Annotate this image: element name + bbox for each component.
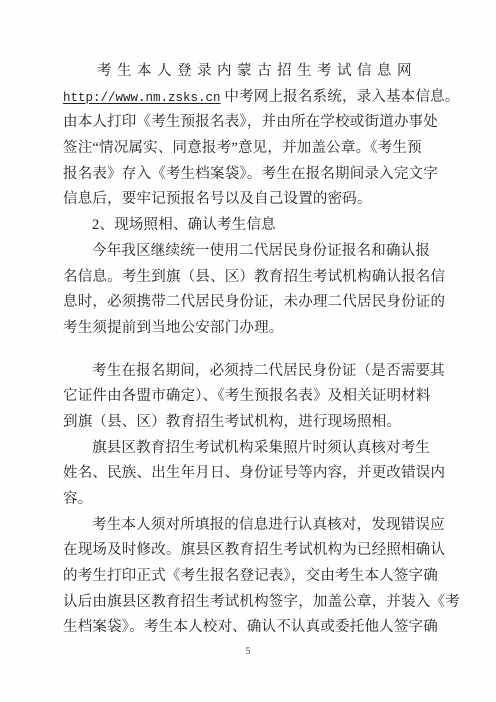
registration-url-link[interactable]: http://www.nm.zsks.cn (63, 91, 221, 105)
text-line: 报名表》存入《考生档案袋》。考生在报名期间录入完文字 (63, 162, 435, 188)
text-line: http://www.nm.zsks.cn 中考网上报名系统，录入基本信息。 (63, 85, 435, 111)
text-line: 在现场及时修改。旗县区教育招生考试机构为已经照相确认 (63, 538, 435, 564)
text-line: 的考生打印正式《考生报名登记表》，交由考生本人签字确 (63, 564, 435, 590)
page-number: 5 (0, 647, 496, 657)
text-line: 考生须提前到当地公安部门办理。 (63, 316, 435, 342)
document-page: 考生本人登录内蒙古招生考试信息网http://www.nm.zsks.cn 中考… (0, 0, 496, 702)
text-line: 生档案袋》。考生本人校对、确认不认真或委托他人签字确 (63, 615, 435, 641)
text-line: 息时，必须携带二代居民身份证，未办理二代居民身份证的 (63, 290, 435, 316)
text-line: 今年我区继续统一使用二代居民身份证报名和确认报 (63, 239, 435, 265)
text-line: 考生在报名期间，必须持二代居民身份证（是否需要其 (63, 359, 435, 385)
text-line: 姓名、民族、出生年月日、身份证号等内容，并更改错误内 (63, 461, 435, 487)
text-line: 名信息。考生到旗（县、区）教育招生考试机构确认报名信 (63, 265, 435, 291)
text-line: 签注“情况属实、同意报考”意见，并加盖公章。《考生预 (63, 136, 435, 162)
text-line: 2、现场照相、确认考生信息 (63, 213, 435, 239)
text-line: 由本人打印《考生预报名表》，并由所在学校或街道办事处 (63, 110, 435, 136)
text-line: 认后由旗县区教育招生考试机构签字，加盖公章，并装入《考 (63, 590, 435, 616)
text-line: 考生本人登录内蒙古招生考试信息网 (63, 59, 435, 85)
text-line: 它证件由各盟市确定）、《考生预报名表》及相关证明材料 (63, 384, 435, 410)
text-line: 容。 (63, 487, 435, 513)
text-line: 考生本人须对所填报的信息进行认真核对，发现错误应 (63, 513, 435, 539)
text-line: 信息后，要牢记预报名号以及自己设置的密码。 (63, 187, 435, 213)
text-segment: 中考网上报名系统，录入基本信息。 (221, 89, 460, 105)
text-line: 旗县区教育招生考试机构采集照片时须认真核对考生 (63, 436, 435, 462)
text-line: 到旗（县、区）教育招生考试机构，进行现场照相。 (63, 410, 435, 436)
blank-line (63, 342, 435, 359)
page-content: 考生本人登录内蒙古招生考试信息网http://www.nm.zsks.cn 中考… (63, 59, 435, 641)
